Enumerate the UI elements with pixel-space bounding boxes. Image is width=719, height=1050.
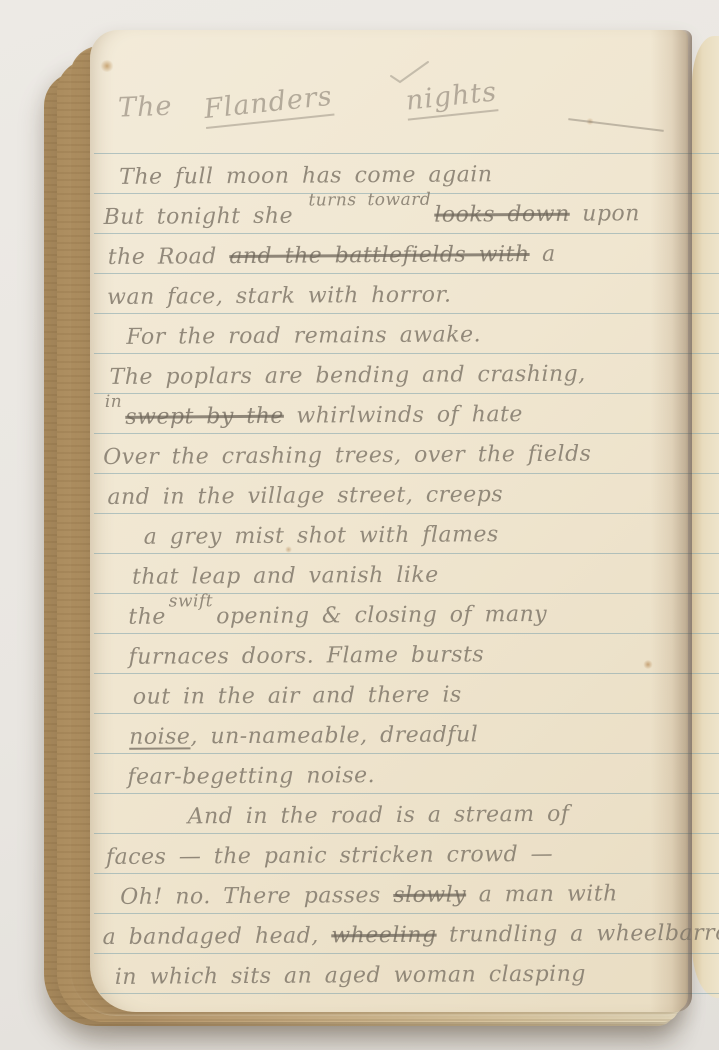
struck-out-text: wheeling [331,923,437,949]
underlined-text: noise [129,724,190,749]
handwritten-text: wan face, stark with horror. [107,283,452,310]
manuscript-line: For the road remains awake. [126,310,673,354]
handwritten-text: And in the road is a stream of [188,802,570,830]
handwritten-text: opening & closing of many [216,602,547,629]
manuscript-line: that leap and vanish like [132,550,675,594]
handwritten-text: in which sits an aged woman clasping [115,962,586,990]
handwritten-text: trundling a wheelbarrow [437,920,719,947]
title-word: nights [404,76,499,120]
title-word: The [118,91,173,124]
manuscript-line: noise, un-nameable, dreadful [129,710,676,754]
handwritten-text: whirlwinds of hate [284,402,523,429]
manuscript-line: fear-begetting noise. [127,750,676,794]
manuscript-line: Over the crashing trees, over the fields [103,430,674,474]
handwritten-text: out in the air and there is [133,682,462,709]
struck-out-text: looks down [434,202,570,228]
manuscript-line: But tonight she turns towardlooks down u… [103,190,672,234]
photo-backdrop: The Flanders nights The full moon has co… [0,0,719,1050]
manuscript-line: furnaces doors. Flame bursts [128,630,675,674]
manuscript-line: the Road and the battlefields with a [108,230,673,274]
manuscript-line: theswiftopening & closing of many [128,590,675,634]
manuscript-line: And in the road is a stream of [188,790,677,833]
manuscript-line: out in the air and there is [133,670,676,714]
handwritten-text: and in the village street, creeps [107,482,503,510]
handwritten-text: faces — the panic stricken crowd — [106,842,553,870]
manuscript-line: a grey mist shot with flames [144,510,675,554]
handwritten-text: a man with [466,881,618,907]
manuscript-line: The poplars are bending and crashing, [109,350,673,394]
foxing-stain [100,60,114,72]
inserted-text-above-line: in [105,394,123,411]
handwritten-text: the Road [108,244,230,270]
handwritten-text: For the road remains awake. [126,322,481,349]
handwritten-text: a [530,242,556,267]
manuscript-line: a bandaged head, wheeling trundling a wh… [102,910,677,954]
inserted-text-above-line: swift [169,593,213,610]
handwritten-text: , un-nameable, dreadful [190,722,478,749]
manuscript-line: The full moon has come again [119,150,672,194]
handwritten-text: furnaces doors. Flame bursts [129,642,485,669]
handwritten-text: Oh! no. There passes [120,883,393,910]
struck-out-text: slowly [393,882,466,908]
handwritten-text: fear-begetting noise. [127,763,375,790]
manuscript-line: Oh! no. There passes slowly a man with [120,870,677,914]
handwritten-text: the [128,605,166,630]
handwritten-text: a bandaged head, [102,923,331,950]
struck-out-text: and the battlefields with [229,242,529,269]
manuscript-line: inswept by the whirlwinds of hate [102,390,674,434]
handwritten-text: upon [570,201,640,226]
handwritten-text: that leap and vanish like [132,563,439,590]
manuscript-line: in which sits an aged woman clasping [115,950,678,994]
handwritten-text: a grey mist shot with flames [144,522,499,549]
manuscript-lines: The full moon has come againBut tonight … [97,150,678,994]
handwritten-text: But tonight she [103,204,305,230]
inserted-text-above-line: turns toward [308,192,431,210]
manuscript-line: and in the village street, creeps [107,470,674,514]
handwritten-text: The poplars are bending and crashing, [110,362,586,390]
manuscript-line: wan face, stark with horror. [107,270,673,314]
struck-out-text: swept by the [125,404,284,430]
manuscript-line: faces — the panic stricken crowd — [106,830,677,874]
handwritten-text: Over the crashing trees, over the fields [103,442,591,470]
handwritten-text: The full moon has come again [119,162,492,190]
